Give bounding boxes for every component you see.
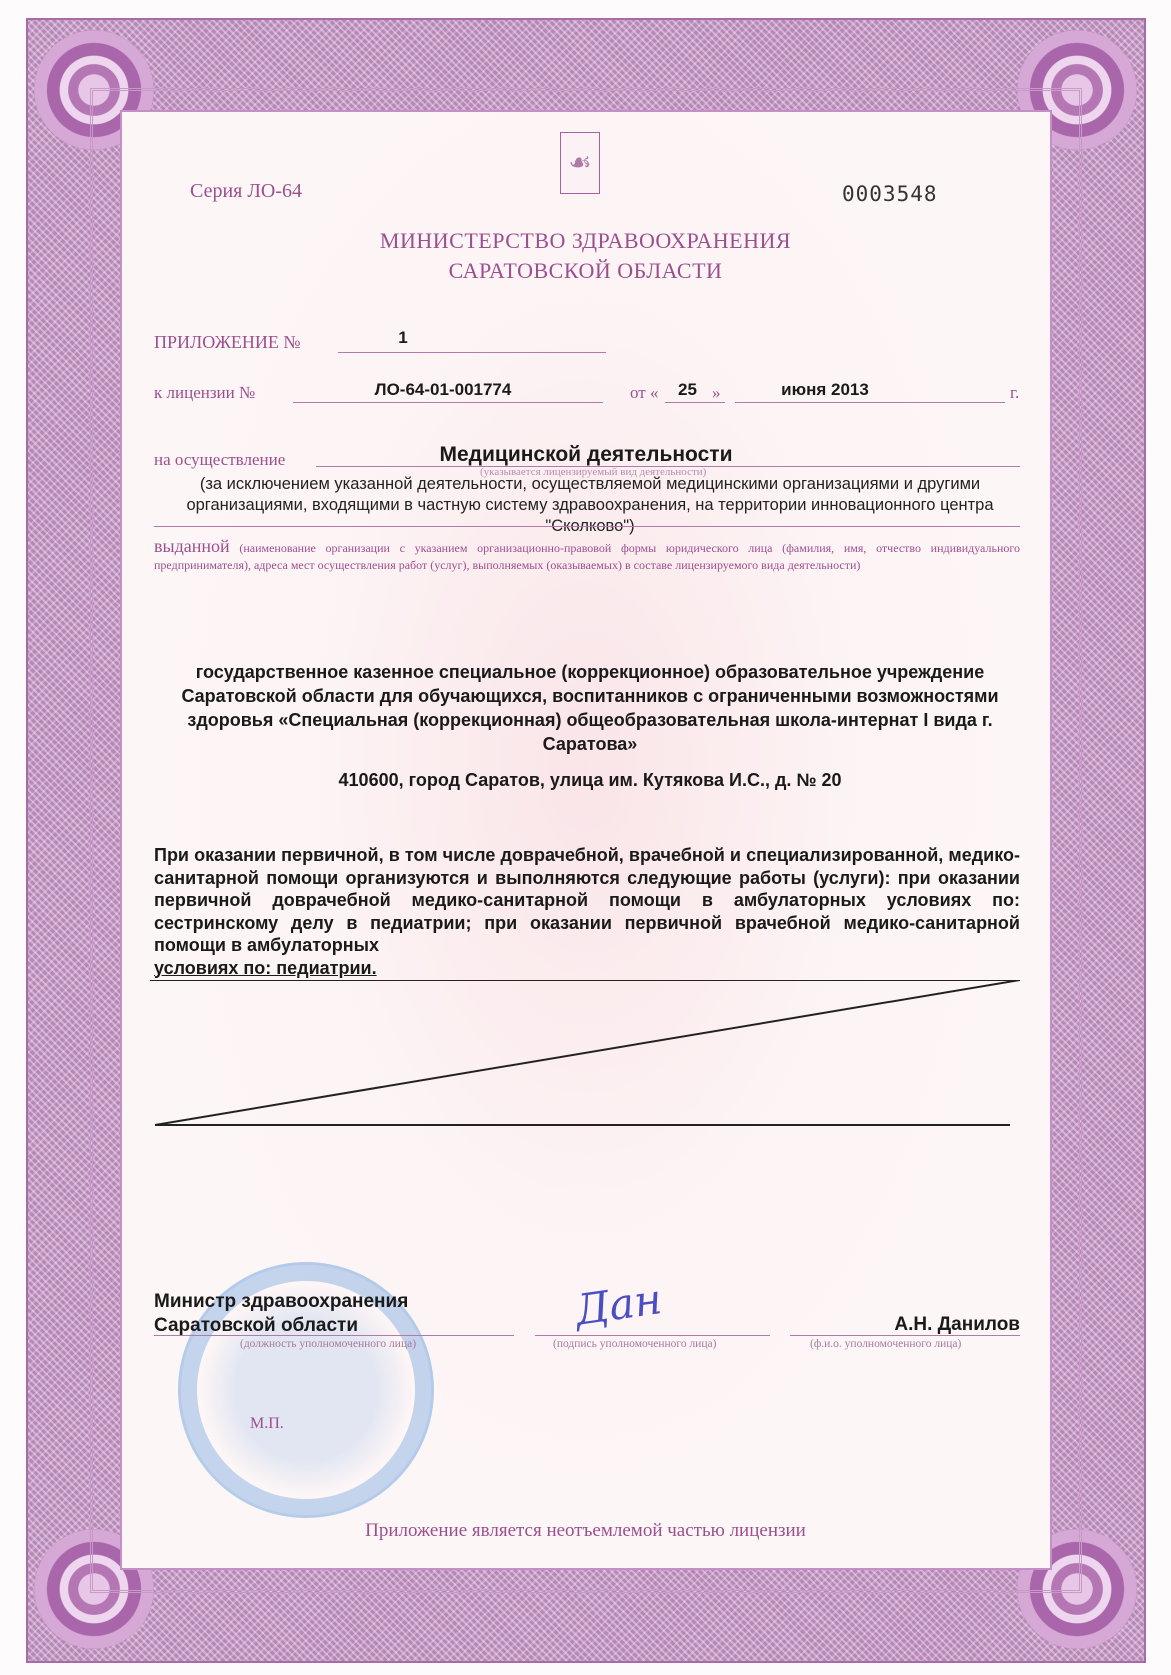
signer-position: Министр здравоохранения Саратовской обла… [154,1290,408,1338]
position-line [154,1335,514,1336]
signer-name: А.Н. Данилов [790,1314,1020,1336]
organization-name: государственное казенное специальное (ко… [180,660,1000,756]
issued-block: выданной (наименование организации с ука… [154,538,1020,574]
footer-note: Приложение является неотъемлемой частью … [0,1520,1171,1542]
series-label: Серия ЛО-64 [190,180,302,203]
appendix-label: ПРИЛОЖЕНИЕ № [154,332,301,353]
strike-through-z [150,980,1030,1180]
year-suffix: г. [1010,383,1019,403]
appendix-number: 1 [338,328,468,348]
license-line [293,402,603,403]
activity-value: Медицинской деятельности [316,443,856,467]
name-hint: (ф.и.о. уполномоченного лица) [810,1338,961,1350]
activity-label: на осуществление [154,450,285,470]
form-number: 0003548 [842,182,938,206]
month-line [735,402,1005,403]
activity-exclusion: (за исключением указанной деятельности, … [160,474,1020,537]
license-month-year: июня 2013 [735,380,915,400]
issued-label: выданной [154,536,230,556]
services-last-line: условиях по: педиатрии. [154,958,377,978]
issued-hint: (наименование организации с указанием ор… [154,541,1020,572]
date-from-label: от « [630,383,658,403]
license-label: к лицензии № [154,383,255,403]
date-close-quote: » [712,383,721,403]
position-line-1: Министр здравоохранения [154,1290,408,1314]
appendix-line [338,352,606,353]
services-text: При оказании первичной, в том числе довр… [154,845,1020,955]
license-day: 25 [665,380,710,400]
seal-label: М.П. [250,1415,284,1433]
ministry-title: МИНИСТЕРСТВО ЗДРАВООХРАНЕНИЯ [0,228,1171,254]
organization-address: 410600, город Саратов, улица им. Кутяков… [180,770,1000,791]
services-block: При оказании первичной, в том числе довр… [154,844,1020,979]
exclusion-line [154,526,1020,527]
coat-of-arms-icon: ☙ [560,132,600,194]
license-number: ЛО-64-01-001774 [293,380,593,400]
signature-hint: (подпись уполномоченного лица) [553,1338,716,1350]
position-hint: (должность уполномоченного лица) [240,1338,416,1350]
ministry-region: САРАТОВСКОЙ ОБЛАСТИ [0,258,1171,284]
signature-line [535,1335,770,1336]
